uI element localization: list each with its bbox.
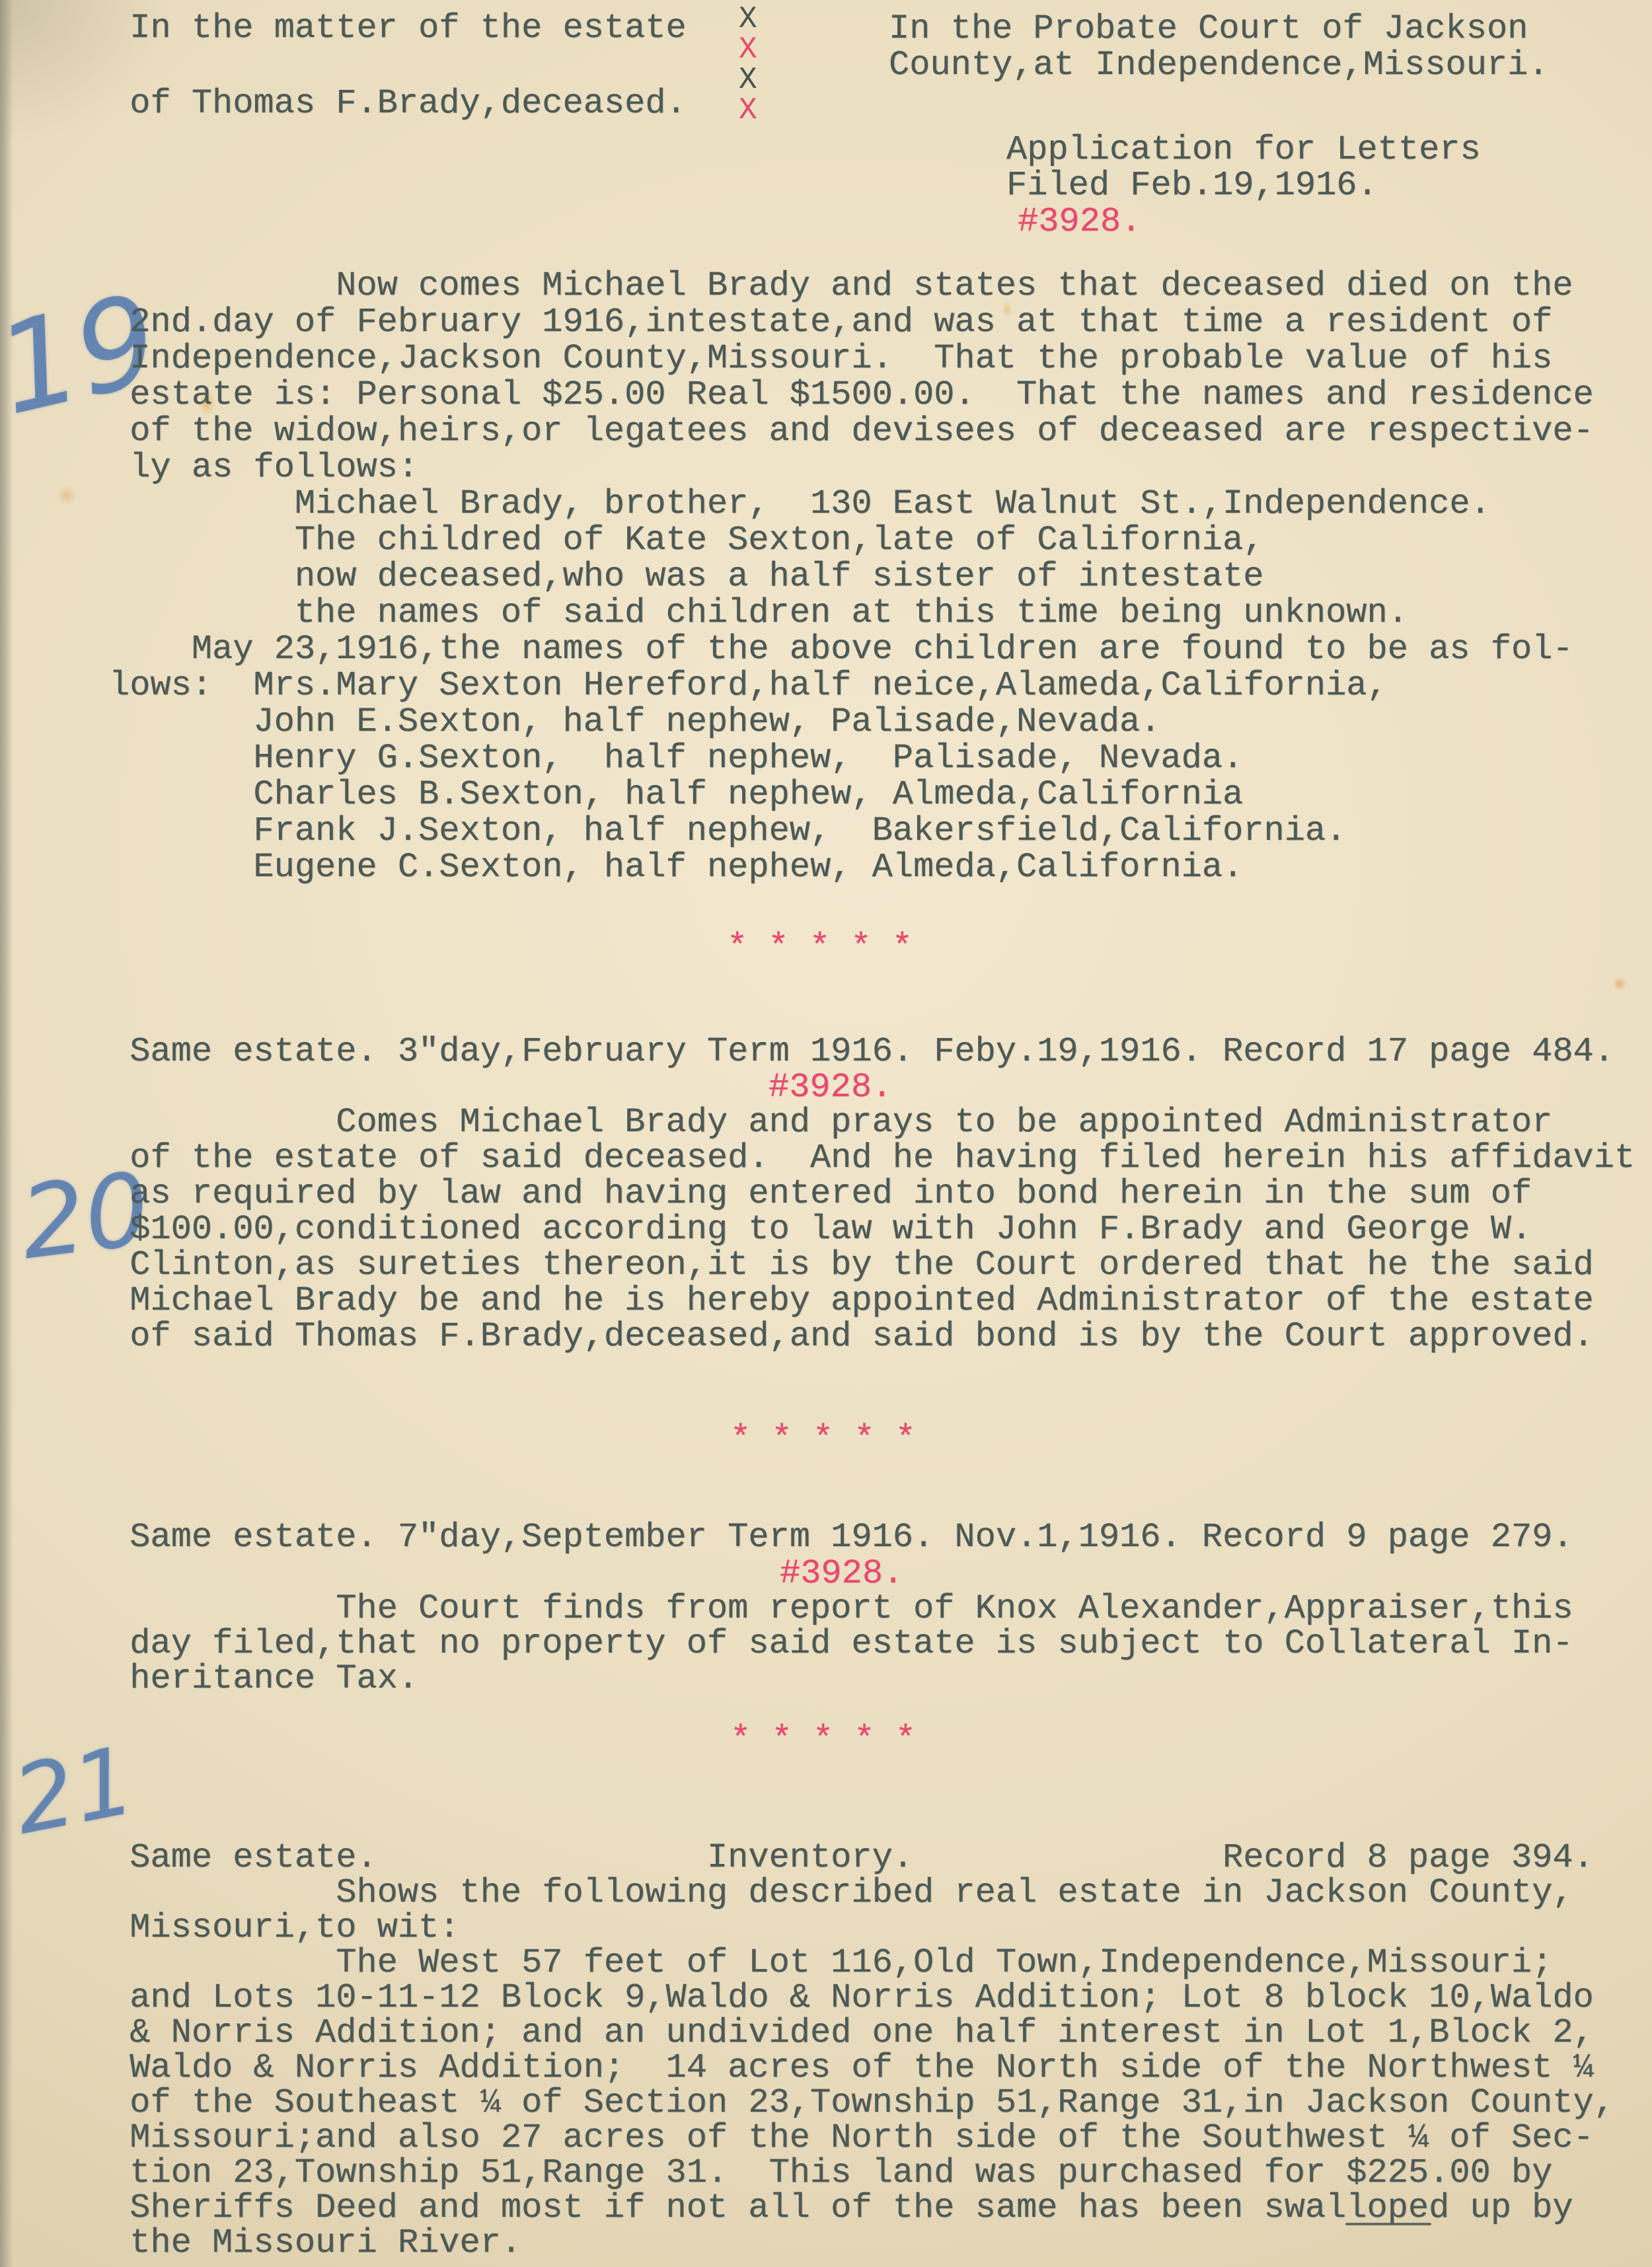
case-number: #3928. bbox=[1018, 202, 1141, 241]
case-number: #3928. bbox=[769, 1068, 892, 1107]
probate-document-scan: { "colors": { "paper": "#e9dcc0", "ink":… bbox=[0, 0, 1652, 2267]
tax-finding-heading: Same estate. 7"day,September Term 1916. … bbox=[109, 1518, 1573, 1557]
margin-note-21: 21 bbox=[5, 1726, 143, 1855]
asterisk-separator: * * * * * bbox=[727, 928, 913, 967]
brace-x-mark: X bbox=[739, 34, 757, 65]
inventory-paragraph: Same estate. Inventory. Record 8 page 39… bbox=[109, 1840, 1614, 2260]
brace-x-mark: X bbox=[739, 65, 757, 95]
appointment-paragraph: Comes Michael Brady and prays to be appo… bbox=[109, 1105, 1635, 1355]
paper-stain bbox=[57, 486, 77, 505]
caption-in-the-matter: In the matter of the estate of Thomas F.… bbox=[109, 9, 687, 122]
tax-finding-paragraph: The Court finds from report of Knox Alex… bbox=[109, 1591, 1573, 1696]
brace-x-marks: X X X X bbox=[739, 4, 757, 126]
paper-stain bbox=[1612, 977, 1627, 991]
brace-x-mark: X bbox=[739, 4, 757, 34]
application-paragraph: Now comes Michael Brady and states that … bbox=[109, 268, 1594, 885]
asterisk-separator: * * * * * bbox=[730, 1720, 916, 1759]
typed-underline bbox=[1345, 2223, 1431, 2225]
caption-court: In the Probate Court of Jackson County,a… bbox=[889, 11, 1549, 83]
filing-note: Application for Letters Filed Feb.19,191… bbox=[1006, 132, 1481, 204]
asterisk-separator: * * * * * bbox=[730, 1419, 916, 1458]
appointment-heading: Same estate. 3"day,February Term 1916. F… bbox=[109, 1032, 1614, 1071]
brace-x-mark: X bbox=[739, 95, 757, 126]
case-number: #3928. bbox=[780, 1554, 903, 1593]
